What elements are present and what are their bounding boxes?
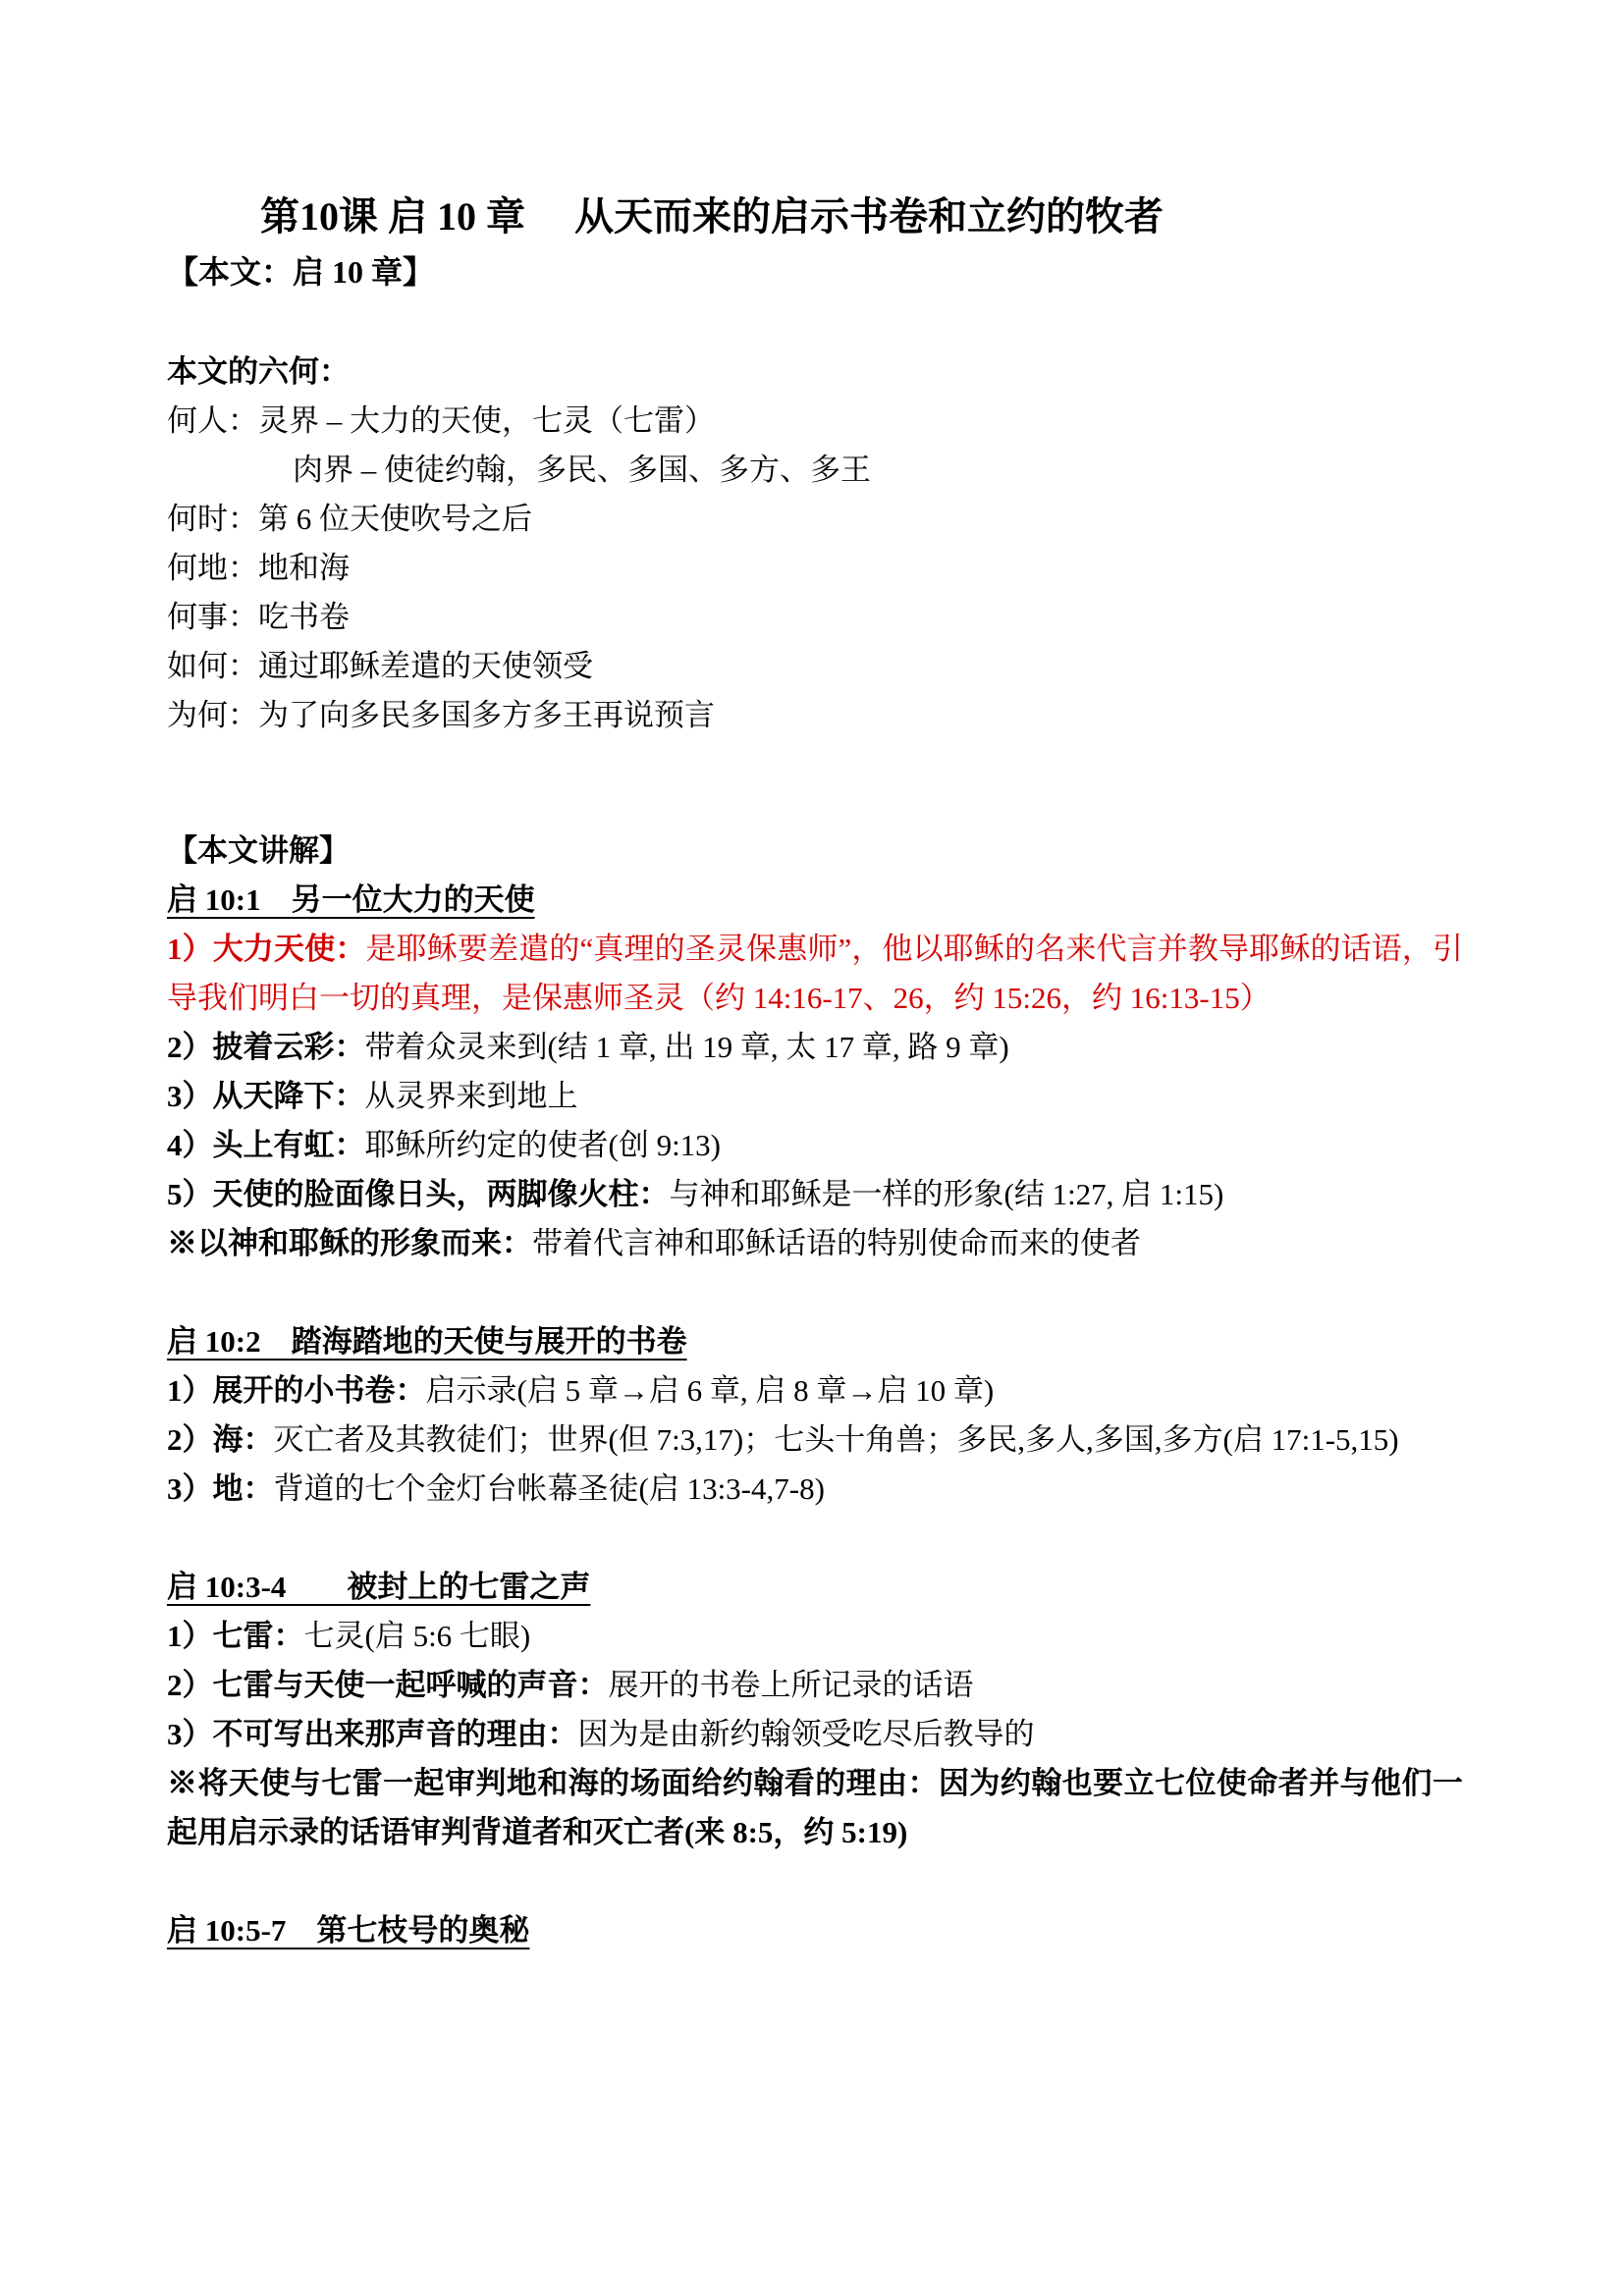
six-he-line-why: 为何：为了向多民多国多方多王再说预言 [167, 691, 1463, 740]
item-seven-thunders: 1）七雷：七灵(启 5:6 七眼) [167, 1612, 1463, 1661]
item-text: 从灵界来到地上 [365, 1079, 578, 1113]
item-text: 展开的书卷上所记录的话语 [609, 1668, 974, 1702]
item-label: 2）披着云彩： [167, 1030, 365, 1064]
item-text: 七灵(启 5:6 七眼) [304, 1619, 531, 1653]
explain-heading: 【本文讲解】 [167, 827, 1463, 876]
section-rev-10-3-4: 启 10:3-4 被封上的七雷之声 1）七雷：七灵(启 5:6 七眼) 2）七雷… [167, 1563, 1463, 1857]
section-rev-10-1: 启 10:1 另一位大力的天使 1）大力天使：是耶稣要差遣的“真理的圣灵保惠师”… [167, 876, 1463, 1268]
six-he-line-how: 如何：通过耶稣差遣的天使领受 [167, 642, 1463, 691]
note-image-of-god-and-jesus: ※以神和耶稣的形象而来：带着代言神和耶稣话语的特别使命而来的使者 [167, 1219, 1463, 1268]
six-he-line-when: 何时：第 6 位天使吹号之后 [167, 495, 1463, 544]
item-text: 背道的七个金灯台帐幕圣徒(启 13:3-4,7-8) [274, 1471, 825, 1506]
item-descend-from-heaven: 3）从天降下：从灵界来到地上 [167, 1072, 1463, 1121]
item-text: 与神和耶稣是一样的形象(结 1:27, 启 1:15) [670, 1177, 1224, 1211]
six-he-line-who-flesh: 肉界 – 使徒约翰，多民、多国、多方、多王 [167, 446, 1463, 495]
item-label: 4）头上有虹： [167, 1128, 365, 1162]
spacer [167, 298, 1463, 347]
document-page: 第10课 启 10 章 从天而来的启示书卷和立约的牧者 【本文：启 10 章】 … [0, 0, 1624, 2296]
spacer [167, 740, 1463, 827]
doc-subtitle: 【本文：启 10 章】 [167, 245, 1463, 298]
section-rev-10-2: 启 10:2 踏海踏地的天使与展开的书卷 1）展开的小书卷：启示录(启 5 章→… [167, 1317, 1463, 1514]
item-text: 灭亡者及其教徒们；世界(但 7:3,17)；七头十角兽；多民,多人,多国,多方(… [274, 1422, 1399, 1457]
item-text: 带着众灵来到(结 1 章, 出 19 章, 太 17 章, 路 9 章) [365, 1030, 1009, 1064]
item-mighty-angel: 1）大力天使：是耶稣要差遣的“真理的圣灵保惠师”，他以耶稣的名来代言并教导耶稣的… [167, 925, 1463, 1023]
item-label: 3）地： [167, 1471, 274, 1506]
item-clothed-with-cloud: 2）披着云彩：带着众灵来到(结 1 章, 出 19 章, 太 17 章, 路 9… [167, 1023, 1463, 1072]
section-heading-rev-10-3-4: 启 10:3-4 被封上的七雷之声 [167, 1563, 1463, 1612]
item-label: 2）海： [167, 1422, 274, 1457]
six-he-line-where: 何地：地和海 [167, 544, 1463, 593]
item-earth: 3）地：背道的七个金灯台帐幕圣徒(启 13:3-4,7-8) [167, 1465, 1463, 1514]
section-heading-rev-10-5-7: 启 10:5-7 第七枝号的奥秘 [167, 1906, 1463, 1955]
item-reason-not-written: 3）不可写出来那声音的理由：因为是由新约翰领受吃尽后教导的 [167, 1710, 1463, 1759]
item-voice-with-angel: 2）七雷与天使一起呼喊的声音：展开的书卷上所记录的话语 [167, 1661, 1463, 1710]
item-face-like-sun-feet-like-fire: 5）天使的脸面像日头，两脚像火柱：与神和耶稣是一样的形象(结 1:27, 启 1… [167, 1170, 1463, 1219]
item-sea: 2）海：灭亡者及其教徒们；世界(但 7:3,17)；七头十角兽；多民,多人,多国… [167, 1415, 1463, 1465]
item-open-little-scroll: 1）展开的小书卷：启示录(启 5 章→启 6 章, 启 8 章→启 10 章) [167, 1366, 1463, 1415]
section-heading-rev-10-2: 启 10:2 踏海踏地的天使与展开的书卷 [167, 1317, 1463, 1366]
item-label: ※以神和耶稣的形象而来： [167, 1226, 532, 1260]
item-label: 3）不可写出来那声音的理由： [167, 1717, 578, 1751]
six-he-line-who-spirit: 何人：灵界 – 大力的天使，七灵（七雷） [167, 397, 1463, 446]
six-he-heading: 本文的六何： [167, 347, 1463, 397]
six-he-line-what: 何事：吃书卷 [167, 593, 1463, 642]
section-rev-10-5-7: 启 10:5-7 第七枝号的奥秘 [167, 1906, 1463, 1955]
item-text: 因为是由新约翰领受吃尽后教导的 [578, 1717, 1035, 1751]
item-label: 3）从天降下： [167, 1079, 365, 1113]
item-label: 1）七雷： [167, 1619, 304, 1653]
item-label: 5）天使的脸面像日头，两脚像火柱： [167, 1177, 670, 1211]
item-text: 带着代言神和耶稣话语的特别使命而来的使者 [532, 1226, 1141, 1260]
item-label: 1）展开的小书卷： [167, 1373, 426, 1408]
section-heading-rev-10-1: 启 10:1 另一位大力的天使 [167, 876, 1463, 925]
note-reason-shown-to-john: ※将天使与七雷一起审判地和海的场面给约翰看的理由：因为约翰也要立七位使命者并与他… [167, 1759, 1463, 1857]
item-rainbow-on-head: 4）头上有虹：耶稣所约定的使者(创 9:13) [167, 1121, 1463, 1170]
item-label: 1）大力天使： [167, 932, 365, 966]
item-text: 耶稣所约定的使者(创 9:13) [365, 1128, 722, 1162]
item-label: ※将天使与七雷一起审判地和海的场面给约翰看的理由：因为约翰也要立七位使命者并与他… [167, 1766, 1463, 1849]
item-text: 启示录(启 5 章→启 6 章, 启 8 章→启 10 章) [426, 1373, 995, 1408]
doc-title: 第10课 启 10 章 从天而来的启示书卷和立约的牧者 [64, 188, 1360, 245]
item-label: 2）七雷与天使一起呼喊的声音： [167, 1668, 609, 1702]
